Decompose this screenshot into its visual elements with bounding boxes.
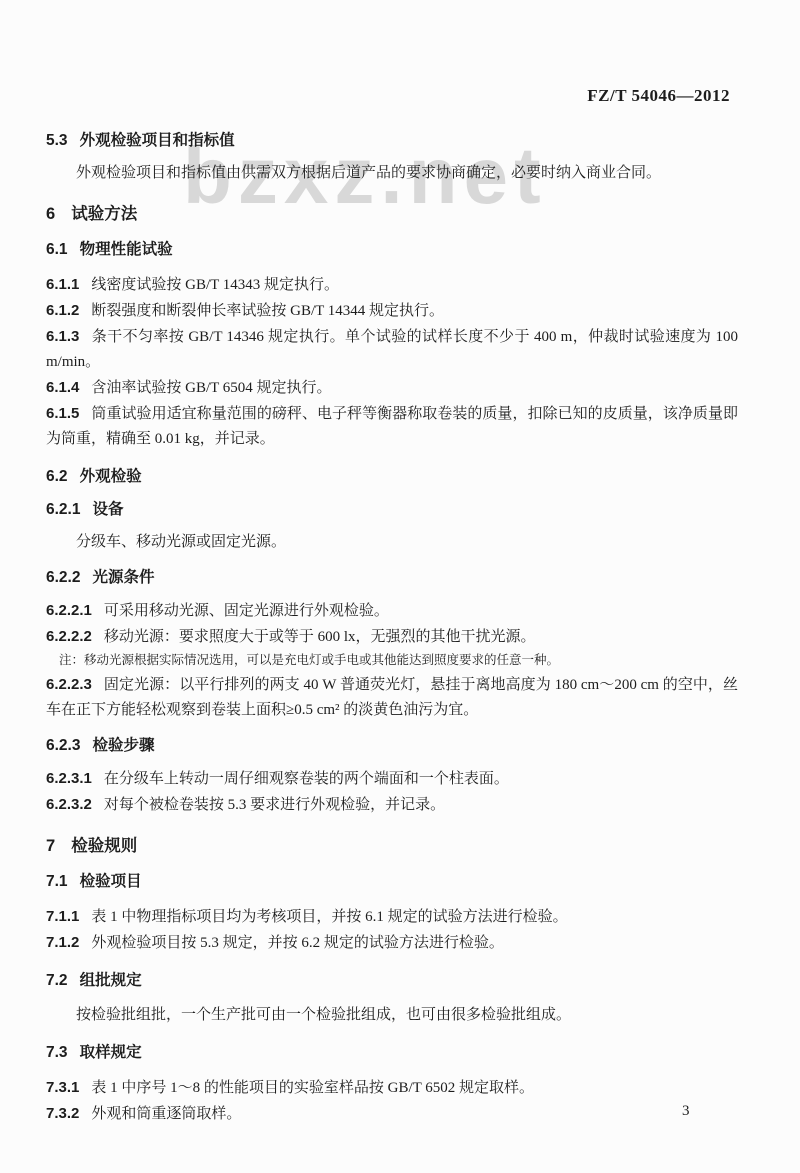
clause-number: 6.2.2 [46,569,80,586]
h3-6.2.1: 6.2.1设备 [46,499,738,520]
clause-text: 对每个被检卷装按 5.3 要求进行外观检验，并记录。 [104,797,445,813]
clause-number: 6.2.3 [46,737,80,754]
clause-number: 5.3 [46,132,68,149]
clause-6.1.5: 6.1.5筒重试验用适宜称量范围的磅秤、电子秤等衡器称取卷装的质量，扣除已知的皮… [46,401,738,452]
clause-number: 6.2.3.1 [46,770,92,787]
clause-6.1.1: 6.1.1线密度试验按 GB/T 14343 规定执行。 [46,272,738,298]
clause-text: 表 1 中物理指标项目均为考核项目，并按 6.1 规定的试验方法进行检验。 [91,909,567,925]
clause-text: 检验项目 [80,873,142,890]
para-1: 外观检验项目和指标值由供需双方根据后道产品的要求协商确定，必要时纳入商业合同。 [46,161,738,186]
clause-number: 7.2 [46,972,68,989]
clause-text: 试验方法 [71,205,137,223]
clause-text: 外观和筒重逐筒取样。 [91,1106,241,1122]
clause-text: 表 1 中序号 1～8 的性能项目的实验室样品按 GB/T 6502 规定取样。 [91,1080,534,1096]
clause-text: 检验步骤 [92,737,154,754]
clause-text: 固定光源：以平行排列的两支 40 W 普通荧光灯，悬挂于离地高度为 180 cm… [46,677,738,718]
clause-number: 6.1.4 [46,379,79,396]
clause-6.1.3: 6.1.3条干不匀率按 GB/T 14346 规定执行。单个试验的试样长度不少于… [46,324,738,375]
clause-number: 6 [46,205,55,223]
h2-7.2: 7.2组批规定 [46,970,738,991]
clause-text: 外观检验项目按 5.3 规定，并按 6.2 规定的试验方法进行检验。 [91,935,504,951]
clause-number: 7.1 [46,873,68,890]
clause-text: 断裂强度和断裂伸长率试验按 GB/T 14344 规定执行。 [91,303,444,319]
clause-text: 外观检验项目和指标值由供需双方根据后道产品的要求协商确定，必要时纳入商业合同。 [76,165,661,181]
para-25: 按检验批组批，一个生产批可由一个检验批组成，也可由很多检验批组成。 [46,1003,738,1028]
clause-7.3.1: 7.3.1表 1 中序号 1～8 的性能项目的实验室样品按 GB/T 6502 … [46,1075,738,1101]
clause-6.1.4: 6.1.4含油率试验按 GB/T 6504 规定执行。 [46,375,738,401]
clause-text: 设备 [92,501,123,518]
clause-text: 检验规则 [71,837,137,855]
document-body: 5.3外观检验项目和指标值外观检验项目和指标值由供需双方根据后道产品的要求协商确… [46,130,738,1127]
clause-text: 光源条件 [92,569,154,586]
h3-5.3: 5.3外观检验项目和指标值 [46,130,738,151]
clause-number: 7.1.1 [46,908,79,925]
clause-text: 线密度试验按 GB/T 14343 规定执行。 [91,277,339,293]
document-page: bzxz.net FZ/T 54046—2012 5.3外观检验项目和指标值外观… [0,0,800,1173]
clause-number: 6.1.3 [46,328,79,345]
clause-text: 外观检验项目和指标值 [80,132,235,149]
para-11: 分级车、移动光源或固定光源。 [46,530,738,555]
clause-text: 注：移动光源根据实际情况选用，可以是充电灯或手电或其他能达到照度要求的任意一种。 [59,653,559,667]
clause-number: 7.3.1 [46,1079,79,1096]
h2-7.3: 7.3取样规定 [46,1042,738,1063]
clause-number: 6.2 [46,468,68,485]
note-15: 注：移动光源根据实际情况选用，可以是充电灯或手电或其他能达到照度要求的任意一种。 [46,650,738,670]
clause-number: 6.2.2.2 [46,628,92,645]
clause-6.2.2.2: 6.2.2.2移动光源：要求照度大于或等于 600 lx，无强烈的其他干扰光源。 [46,624,738,650]
clause-7.3.2: 7.3.2外观和筒重逐筒取样。 [46,1101,738,1127]
clause-number: 6.2.2.3 [46,676,92,693]
page-number: 3 [682,1103,690,1120]
clause-number: 7.3 [46,1044,68,1061]
clause-7.1.2: 7.1.2外观检验项目按 5.3 规定，并按 6.2 规定的试验方法进行检验。 [46,930,738,956]
clause-number: 6.2.3.2 [46,796,92,813]
h2-6.2: 6.2外观检验 [46,466,738,487]
clause-7.1.1: 7.1.1表 1 中物理指标项目均为考核项目，并按 6.1 规定的试验方法进行检… [46,904,738,930]
standard-code: FZ/T 54046—2012 [587,86,730,106]
clause-6.2.3.2: 6.2.3.2对每个被检卷装按 5.3 要求进行外观检验，并记录。 [46,792,738,818]
clause-text: 分级车、移动光源或固定光源。 [76,534,286,550]
clause-text: 取样规定 [80,1044,142,1061]
h1-6: 6试验方法 [46,204,738,225]
clause-text: 条干不匀率按 GB/T 14346 规定执行。单个试验的试样长度不少于 400 … [46,329,738,370]
clause-text: 组批规定 [80,972,142,989]
h2-6.1: 6.1物理性能试验 [46,239,738,260]
clause-number: 6.1.1 [46,276,79,293]
clause-number: 7 [46,837,55,855]
clause-number: 6.1 [46,241,68,258]
clause-6.2.3.1: 6.2.3.1在分级车上转动一周仔细观察卷装的两个端面和一个柱表面。 [46,766,738,792]
clause-6.1.2: 6.1.2断裂强度和断裂伸长率试验按 GB/T 14344 规定执行。 [46,298,738,324]
clause-text: 筒重试验用适宜称量范围的磅秤、电子秤等衡器称取卷装的质量，扣除已知的皮质量，该净… [46,406,738,447]
clause-text: 按检验批组批，一个生产批可由一个检验批组成，也可由很多检验批组成。 [76,1007,571,1023]
clause-number: 6.2.1 [46,501,80,518]
clause-text: 外观检验 [80,468,142,485]
clause-text: 在分级车上转动一周仔细观察卷装的两个端面和一个柱表面。 [104,771,509,787]
h3-6.2.2: 6.2.2光源条件 [46,567,738,588]
clause-text: 物理性能试验 [80,241,173,258]
clause-number: 6.2.2.1 [46,602,92,619]
clause-text: 可采用移动光源、固定光源进行外观检验。 [104,603,389,619]
clause-number: 6.1.2 [46,302,79,319]
h2-7.1: 7.1检验项目 [46,871,738,892]
h3-6.2.3: 6.2.3检验步骤 [46,735,738,756]
clause-6.2.2.1: 6.2.2.1可采用移动光源、固定光源进行外观检验。 [46,598,738,624]
clause-text: 含油率试验按 GB/T 6504 规定执行。 [91,380,331,396]
h1-7: 7检验规则 [46,836,738,857]
clause-number: 7.3.2 [46,1105,79,1122]
clause-6.2.2.3: 6.2.2.3固定光源：以平行排列的两支 40 W 普通荧光灯，悬挂于离地高度为… [46,672,738,723]
clause-text: 移动光源：要求照度大于或等于 600 lx，无强烈的其他干扰光源。 [104,629,536,645]
clause-number: 6.1.5 [46,405,79,422]
clause-number: 7.1.2 [46,934,79,951]
